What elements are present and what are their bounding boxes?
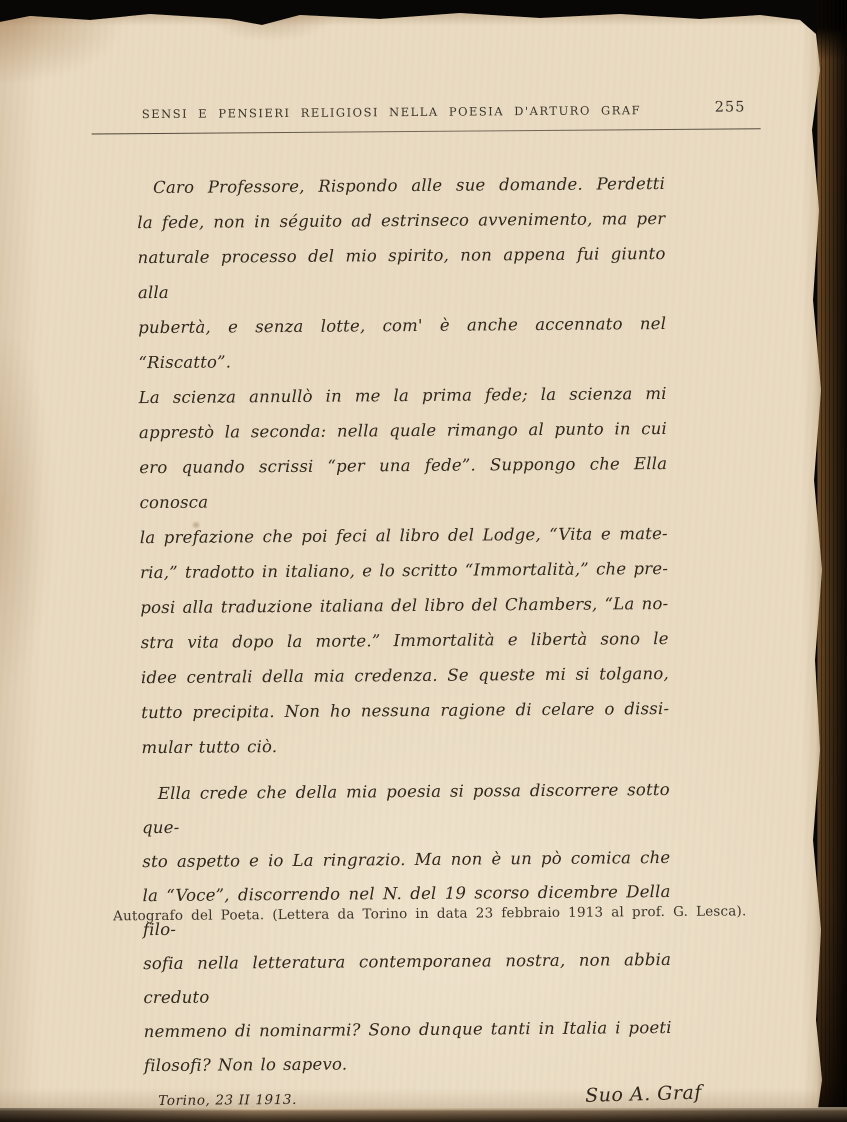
handwritten-line: apprestò la seconda: nella quale rimango… bbox=[139, 411, 667, 450]
handwritten-line: Caro Professore, Rispondo alle sue doman… bbox=[137, 166, 665, 205]
handwritten-line: la fede, non in séguito ad estrinseco av… bbox=[137, 201, 665, 240]
book-page-stack-edge bbox=[817, 0, 847, 1122]
handwritten-line: sofia nella letteratura contemporanea no… bbox=[143, 943, 672, 1015]
handwritten-letter: Caro Professore, Rispondo alle sue doman… bbox=[137, 166, 672, 1109]
handwritten-line: idee centrali della mia credenza. Se que… bbox=[141, 656, 669, 695]
letter-dateline: Torino, 23 II 1913. bbox=[144, 1086, 297, 1109]
handwritten-line: La scienza annullò in me la prima fede; … bbox=[139, 376, 667, 415]
handwritten-line: pubertà, e senza lotte, com' è anche acc… bbox=[138, 306, 667, 380]
handwritten-line: sto aspetto e io La ringrazio. Ma non è … bbox=[142, 841, 670, 879]
running-head: SENSI E PENSIERI RELIGIOSI NELLA POESIA … bbox=[91, 102, 761, 127]
handwritten-line: tutto precipita. Non ho nessuna ragione … bbox=[141, 691, 669, 730]
handwritten-line: la prefazione che poi feci al libro del … bbox=[140, 516, 668, 555]
letter-signature: Suo A. Graf bbox=[585, 1081, 704, 1106]
handwritten-line: nemmeno di nominarmi? Sono dunque tanti … bbox=[144, 1011, 672, 1049]
letter-paragraph-2: Ella crede che della mia poesia si possa… bbox=[142, 773, 672, 1083]
handwritten-line: naturale processo del mio spirito, non a… bbox=[137, 236, 666, 310]
handwritten-line: mular tutto ciò. bbox=[141, 726, 669, 765]
page-content: SENSI E PENSIERI RELIGIOSI NELLA POESIA … bbox=[0, 7, 828, 1111]
page-number: 255 bbox=[715, 99, 746, 115]
header-rule bbox=[92, 128, 761, 135]
handwritten-line: filosofi? Non lo sapevo. bbox=[144, 1045, 672, 1083]
letter-closing: Torino, 23 II 1913. Suo A. Graf bbox=[144, 1083, 704, 1109]
book-bottom-edge bbox=[0, 1107, 847, 1122]
handwritten-line: Ella crede che della mia poesia si possa… bbox=[142, 773, 671, 845]
running-title: SENSI E PENSIERI RELIGIOSI NELLA POESIA … bbox=[91, 103, 691, 122]
book-page: SENSI E PENSIERI RELIGIOSI NELLA POESIA … bbox=[0, 10, 824, 1108]
handwritten-line: posi alla traduzione italiana del libro … bbox=[140, 586, 668, 625]
letter-paragraph-1: Caro Professore, Rispondo alle sue doman… bbox=[137, 166, 670, 765]
handwritten-line: ero quando scrissi “per una fede”. Suppo… bbox=[139, 446, 668, 520]
scanned-book-photo: SENSI E PENSIERI RELIGIOSI NELLA POESIA … bbox=[0, 0, 847, 1122]
handwritten-line: ria,” tradotto in italiano, e lo scritto… bbox=[140, 551, 668, 590]
handwritten-line: stra vita dopo la morte.” Immortalità e … bbox=[141, 621, 669, 660]
